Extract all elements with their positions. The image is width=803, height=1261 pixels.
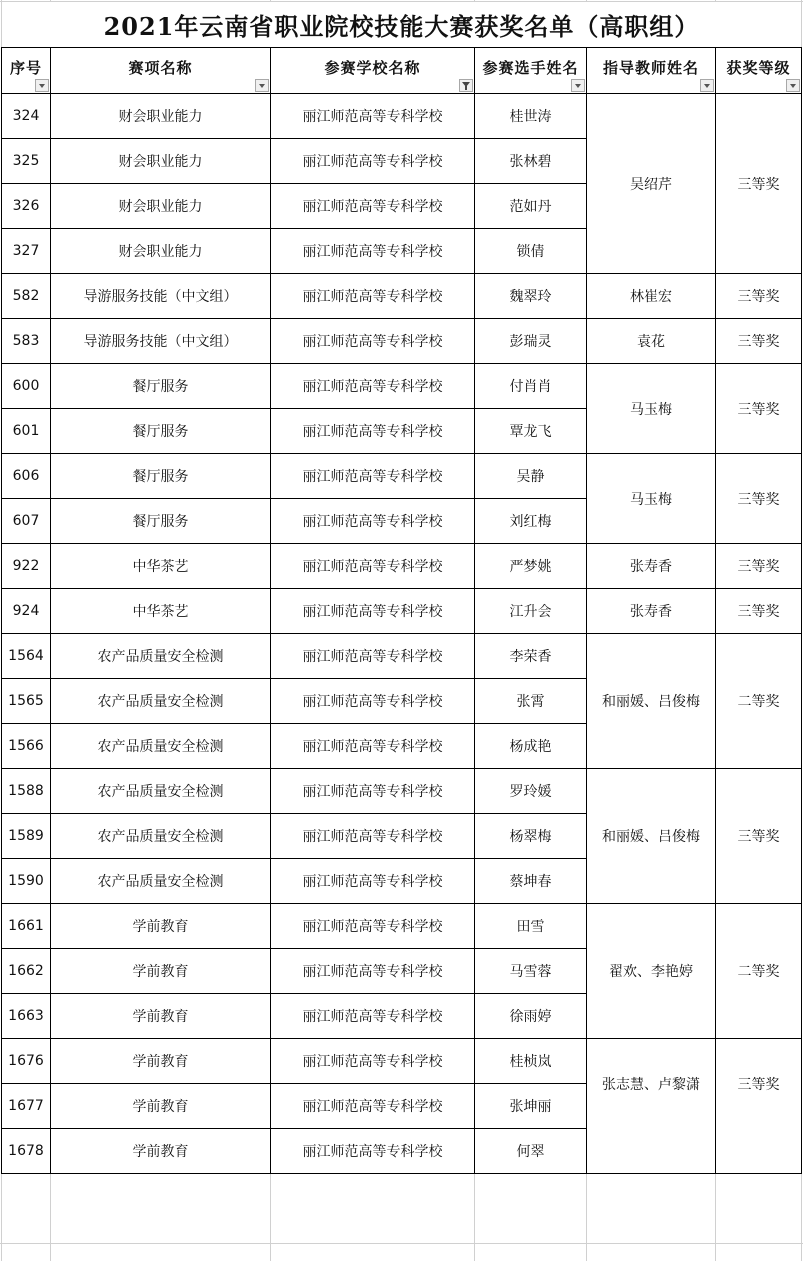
cell-student[interactable]: 刘红梅 — [475, 499, 587, 544]
cell-event[interactable]: 财会职业能力 — [51, 184, 271, 229]
cell-teacher[interactable]: 张寿香 — [587, 544, 716, 589]
cell-no[interactable]: 1661 — [2, 904, 51, 949]
cell-event[interactable]: 学前教育 — [51, 994, 271, 1039]
column-header-award: 获奖等级 — [716, 48, 802, 94]
header-row: 序号赛项名称参赛学校名称参赛选手姓名指导教师姓名获奖等级 — [2, 48, 802, 94]
table-row: 1588农产品质量安全检测丽江师范高等专科学校罗玲媛和丽媛、吕俊梅三等奖 — [2, 769, 802, 814]
cell-school[interactable]: 丽江师范高等专科学校 — [271, 814, 475, 859]
funnel-icon — [462, 82, 470, 90]
cell-no[interactable]: 600 — [2, 364, 51, 409]
chevron-down-icon — [790, 84, 796, 88]
cell-teacher[interactable]: 吴绍芹 — [587, 94, 716, 274]
cell-student[interactable]: 桂桢岚 — [475, 1039, 587, 1084]
cell-school[interactable]: 丽江师范高等专科学校 — [271, 1129, 475, 1174]
cell-event[interactable]: 餐厅服务 — [51, 409, 271, 454]
cell-event[interactable]: 中华茶艺 — [51, 544, 271, 589]
cell-no[interactable]: 601 — [2, 409, 51, 454]
table-body: 324财会职业能力丽江师范高等专科学校桂世涛吴绍芹三等奖325财会职业能力丽江师… — [2, 94, 802, 1174]
cell-student[interactable]: 彭瑞灵 — [475, 319, 587, 364]
cell-student[interactable]: 田雪 — [475, 904, 587, 949]
filter-active-button[interactable] — [459, 79, 473, 92]
cell-school[interactable]: 丽江师范高等专科学校 — [271, 589, 475, 634]
chevron-down-icon — [259, 84, 265, 88]
cell-award[interactable]: 三等奖 — [716, 1039, 802, 1174]
cell-award[interactable]: 二等奖 — [716, 904, 802, 1039]
cell-award[interactable]: 三等奖 — [716, 589, 802, 634]
gridline — [0, 1243, 803, 1244]
cell-no[interactable]: 1677 — [2, 1084, 51, 1129]
cell-event[interactable]: 餐厅服务 — [51, 454, 271, 499]
spreadsheet: 2021年云南省职业院校技能大赛获奖名单（高职组） 序号赛项名称参赛学校名称参赛… — [0, 0, 803, 1261]
cell-event[interactable]: 财会职业能力 — [51, 94, 271, 139]
cell-award[interactable]: 三等奖 — [716, 319, 802, 364]
cell-school[interactable]: 丽江师范高等专科学校 — [271, 904, 475, 949]
cell-no[interactable]: 607 — [2, 499, 51, 544]
cell-award[interactable]: 三等奖 — [716, 544, 802, 589]
cell-school[interactable]: 丽江师范高等专科学校 — [271, 229, 475, 274]
cell-school[interactable]: 丽江师范高等专科学校 — [271, 544, 475, 589]
cell-no[interactable]: 1564 — [2, 634, 51, 679]
table-row: 1661学前教育丽江师范高等专科学校田雪翟欢、李艳婷二等奖 — [2, 904, 802, 949]
cell-event[interactable]: 农产品质量安全检测 — [51, 769, 271, 814]
cell-teacher[interactable]: 马玉梅 — [587, 454, 716, 544]
cell-event[interactable]: 学前教育 — [51, 904, 271, 949]
cell-event[interactable]: 财会职业能力 — [51, 139, 271, 184]
cell-school[interactable]: 丽江师范高等专科学校 — [271, 454, 475, 499]
table-row: 924中华茶艺丽江师范高等专科学校江升会张寿香三等奖 — [2, 589, 802, 634]
cell-teacher[interactable]: 张志慧、卢黎潇 — [587, 1039, 716, 1174]
cell-student[interactable]: 罗玲媛 — [475, 769, 587, 814]
filter-dropdown-button[interactable] — [571, 79, 585, 92]
cell-no[interactable]: 327 — [2, 229, 51, 274]
table-row: 600餐厅服务丽江师范高等专科学校付肖肖马玉梅三等奖 — [2, 364, 802, 409]
sheet-title: 2021年云南省职业院校技能大赛获奖名单（高职组） — [2, 2, 801, 47]
cell-award[interactable]: 三等奖 — [716, 454, 802, 544]
column-header-teacher: 指导教师姓名 — [587, 48, 716, 94]
cell-school[interactable]: 丽江师范高等专科学校 — [271, 724, 475, 769]
table-row: 324财会职业能力丽江师范高等专科学校桂世涛吴绍芹三等奖 — [2, 94, 802, 139]
cell-student[interactable]: 锁倩 — [475, 229, 587, 274]
cell-school[interactable]: 丽江师范高等专科学校 — [271, 1084, 475, 1129]
column-header-no: 序号 — [2, 48, 51, 94]
cell-no[interactable]: 1662 — [2, 949, 51, 994]
cell-no[interactable]: 606 — [2, 454, 51, 499]
column-header-label: 获奖等级 — [726, 59, 790, 77]
cell-no[interactable]: 922 — [2, 544, 51, 589]
filter-dropdown-button[interactable] — [255, 79, 269, 92]
chevron-down-icon — [704, 84, 710, 88]
cell-no[interactable]: 1676 — [2, 1039, 51, 1084]
cell-no[interactable]: 1565 — [2, 679, 51, 724]
column-header-label: 序号 — [10, 59, 42, 77]
column-header-label: 参赛学校名称 — [324, 59, 420, 77]
cell-teacher[interactable]: 马玉梅 — [587, 364, 716, 454]
cell-event[interactable]: 农产品质量安全检测 — [51, 859, 271, 904]
cell-no[interactable]: 1663 — [2, 994, 51, 1039]
cell-event[interactable]: 餐厅服务 — [51, 499, 271, 544]
cell-event[interactable]: 学前教育 — [51, 1129, 271, 1174]
cell-teacher[interactable]: 林崔宏 — [587, 274, 716, 319]
cell-student[interactable]: 桂世涛 — [475, 94, 587, 139]
cell-student[interactable]: 严梦姚 — [475, 544, 587, 589]
cell-student[interactable]: 范如丹 — [475, 184, 587, 229]
cell-event[interactable]: 农产品质量安全检测 — [51, 679, 271, 724]
cell-school[interactable]: 丽江师范高等专科学校 — [271, 1039, 475, 1084]
cell-no[interactable]: 326 — [2, 184, 51, 229]
chevron-down-icon — [575, 84, 581, 88]
cell-student[interactable]: 魏翠玲 — [475, 274, 587, 319]
column-header-label: 赛项名称 — [128, 59, 192, 77]
cell-event[interactable]: 中华茶艺 — [51, 589, 271, 634]
filter-dropdown-button[interactable] — [700, 79, 714, 92]
cell-no[interactable]: 1678 — [2, 1129, 51, 1174]
cell-school[interactable]: 丽江师范高等专科学校 — [271, 634, 475, 679]
cell-teacher[interactable]: 和丽媛、吕俊梅 — [587, 769, 716, 904]
cell-award[interactable]: 二等奖 — [716, 634, 802, 769]
column-header-student: 参赛选手姓名 — [475, 48, 587, 94]
cell-no[interactable]: 324 — [2, 94, 51, 139]
cell-no[interactable]: 582 — [2, 274, 51, 319]
cell-event[interactable]: 财会职业能力 — [51, 229, 271, 274]
table-row: 1676学前教育丽江师范高等专科学校桂桢岚张志慧、卢黎潇三等奖 — [2, 1039, 802, 1084]
awards-table: 序号赛项名称参赛学校名称参赛选手姓名指导教师姓名获奖等级 324财会职业能力丽江… — [1, 47, 802, 1174]
cell-teacher[interactable]: 袁花 — [587, 319, 716, 364]
filter-dropdown-button[interactable] — [786, 79, 800, 92]
cell-student[interactable]: 覃龙飞 — [475, 409, 587, 454]
cell-award[interactable]: 三等奖 — [716, 94, 802, 274]
cell-no[interactable]: 325 — [2, 139, 51, 184]
cell-event[interactable]: 导游服务技能（中文组） — [51, 319, 271, 364]
cell-school[interactable]: 丽江师范高等专科学校 — [271, 679, 475, 724]
table-row: 583导游服务技能（中文组）丽江师范高等专科学校彭瑞灵袁花三等奖 — [2, 319, 802, 364]
cell-event[interactable]: 农产品质量安全检测 — [51, 724, 271, 769]
cell-student[interactable]: 杨翠梅 — [475, 814, 587, 859]
cell-student[interactable]: 马雪蓉 — [475, 949, 587, 994]
table-row: 582导游服务技能（中文组）丽江师范高等专科学校魏翠玲林崔宏三等奖 — [2, 274, 802, 319]
filter-dropdown-button[interactable] — [35, 79, 49, 92]
cell-student[interactable]: 何翠 — [475, 1129, 587, 1174]
table-row: 922中华茶艺丽江师范高等专科学校严梦姚张寿香三等奖 — [2, 544, 802, 589]
cell-teacher[interactable]: 张寿香 — [587, 589, 716, 634]
cell-school[interactable]: 丽江师范高等专科学校 — [271, 994, 475, 1039]
cell-no[interactable]: 1590 — [2, 859, 51, 904]
cell-school[interactable]: 丽江师范高等专科学校 — [271, 184, 475, 229]
cell-event[interactable]: 农产品质量安全检测 — [51, 634, 271, 679]
cell-student[interactable]: 徐雨婷 — [475, 994, 587, 1039]
table-row: 606餐厅服务丽江师范高等专科学校吴静马玉梅三等奖 — [2, 454, 802, 499]
cell-award[interactable]: 三等奖 — [716, 274, 802, 319]
cell-student[interactable]: 杨成艳 — [475, 724, 587, 769]
cell-event[interactable]: 学前教育 — [51, 949, 271, 994]
cell-school[interactable]: 丽江师范高等专科学校 — [271, 769, 475, 814]
cell-student[interactable]: 李荣香 — [475, 634, 587, 679]
cell-school[interactable]: 丽江师范高等专科学校 — [271, 409, 475, 454]
column-header-event: 赛项名称 — [51, 48, 271, 94]
cell-school[interactable]: 丽江师范高等专科学校 — [271, 364, 475, 409]
chevron-down-icon — [39, 84, 45, 88]
cell-no[interactable]: 1589 — [2, 814, 51, 859]
cell-event[interactable]: 导游服务技能（中文组） — [51, 274, 271, 319]
cell-no[interactable]: 924 — [2, 589, 51, 634]
cell-student[interactable]: 张霄 — [475, 679, 587, 724]
cell-school[interactable]: 丽江师范高等专科学校 — [271, 139, 475, 184]
cell-award[interactable]: 三等奖 — [716, 364, 802, 454]
cell-school[interactable]: 丽江师范高等专科学校 — [271, 859, 475, 904]
cell-school[interactable]: 丽江师范高等专科学校 — [271, 274, 475, 319]
cell-event[interactable]: 农产品质量安全检测 — [51, 814, 271, 859]
column-header-label: 参赛选手姓名 — [482, 59, 578, 77]
cell-event[interactable]: 学前教育 — [51, 1039, 271, 1084]
cell-no[interactable]: 1566 — [2, 724, 51, 769]
cell-event[interactable]: 餐厅服务 — [51, 364, 271, 409]
cell-no[interactable]: 583 — [2, 319, 51, 364]
cell-teacher[interactable]: 翟欢、李艳婷 — [587, 904, 716, 1039]
cell-award[interactable]: 三等奖 — [716, 769, 802, 904]
cell-student[interactable]: 张林碧 — [475, 139, 587, 184]
cell-student[interactable]: 张坤丽 — [475, 1084, 587, 1129]
cell-school[interactable]: 丽江师范高等专科学校 — [271, 949, 475, 994]
column-header-school: 参赛学校名称 — [271, 48, 475, 94]
cell-teacher[interactable]: 和丽媛、吕俊梅 — [587, 634, 716, 769]
cell-student[interactable]: 吴静 — [475, 454, 587, 499]
table-row: 1564农产品质量安全检测丽江师范高等专科学校李荣香和丽媛、吕俊梅二等奖 — [2, 634, 802, 679]
cell-no[interactable]: 1588 — [2, 769, 51, 814]
cell-student[interactable]: 付肖肖 — [475, 364, 587, 409]
cell-event[interactable]: 学前教育 — [51, 1084, 271, 1129]
cell-student[interactable]: 江升会 — [475, 589, 587, 634]
cell-student[interactable]: 蔡坤春 — [475, 859, 587, 904]
cell-school[interactable]: 丽江师范高等专科学校 — [271, 319, 475, 364]
cell-school[interactable]: 丽江师范高等专科学校 — [271, 499, 475, 544]
column-header-label: 指导教师姓名 — [603, 59, 699, 77]
cell-school[interactable]: 丽江师范高等专科学校 — [271, 94, 475, 139]
